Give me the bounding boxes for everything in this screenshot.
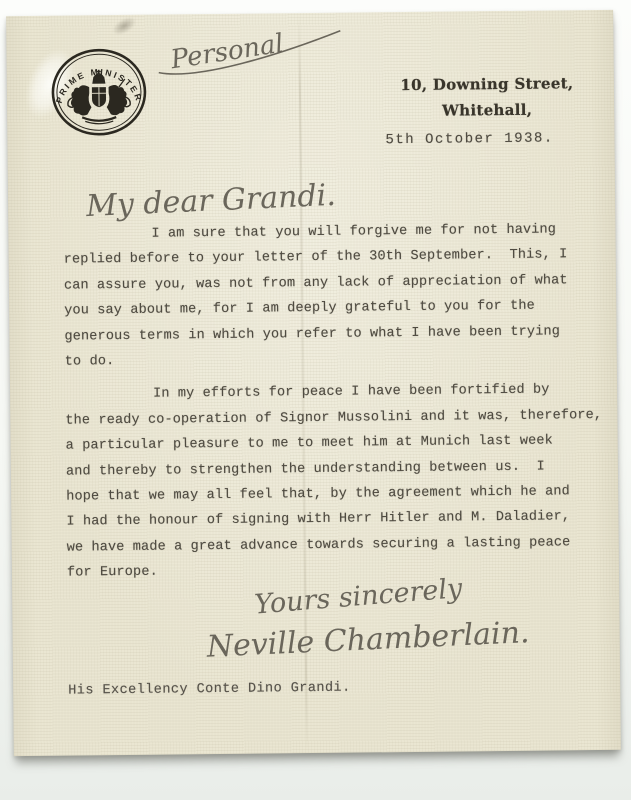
personal-annotation: Personal xyxy=(152,21,348,85)
personal-annotation-text: Personal xyxy=(168,29,286,76)
letter-body: I am sure that you will forgive me for n… xyxy=(63,217,612,586)
address-line-2: Whitehall, xyxy=(367,96,607,125)
address-line-1: 10, Downing Street, xyxy=(367,70,607,99)
signature-text: Neville Chamberlain. xyxy=(205,615,530,665)
letterhead-address: 10, Downing Street, Whitehall, xyxy=(367,70,608,125)
signature: Neville Chamberlain. xyxy=(198,602,594,676)
salutation-text: My dear Grandi. xyxy=(84,178,336,224)
date-line: 5th October 1938. xyxy=(385,130,553,148)
recipient-line: His Excellency Conte Dino Grandi. xyxy=(68,681,351,699)
letter-page: PRIME MINISTER Personal 10 xyxy=(6,10,621,756)
prime-minister-seal-icon: PRIME MINISTER xyxy=(48,45,149,140)
paper-speck xyxy=(109,13,139,38)
